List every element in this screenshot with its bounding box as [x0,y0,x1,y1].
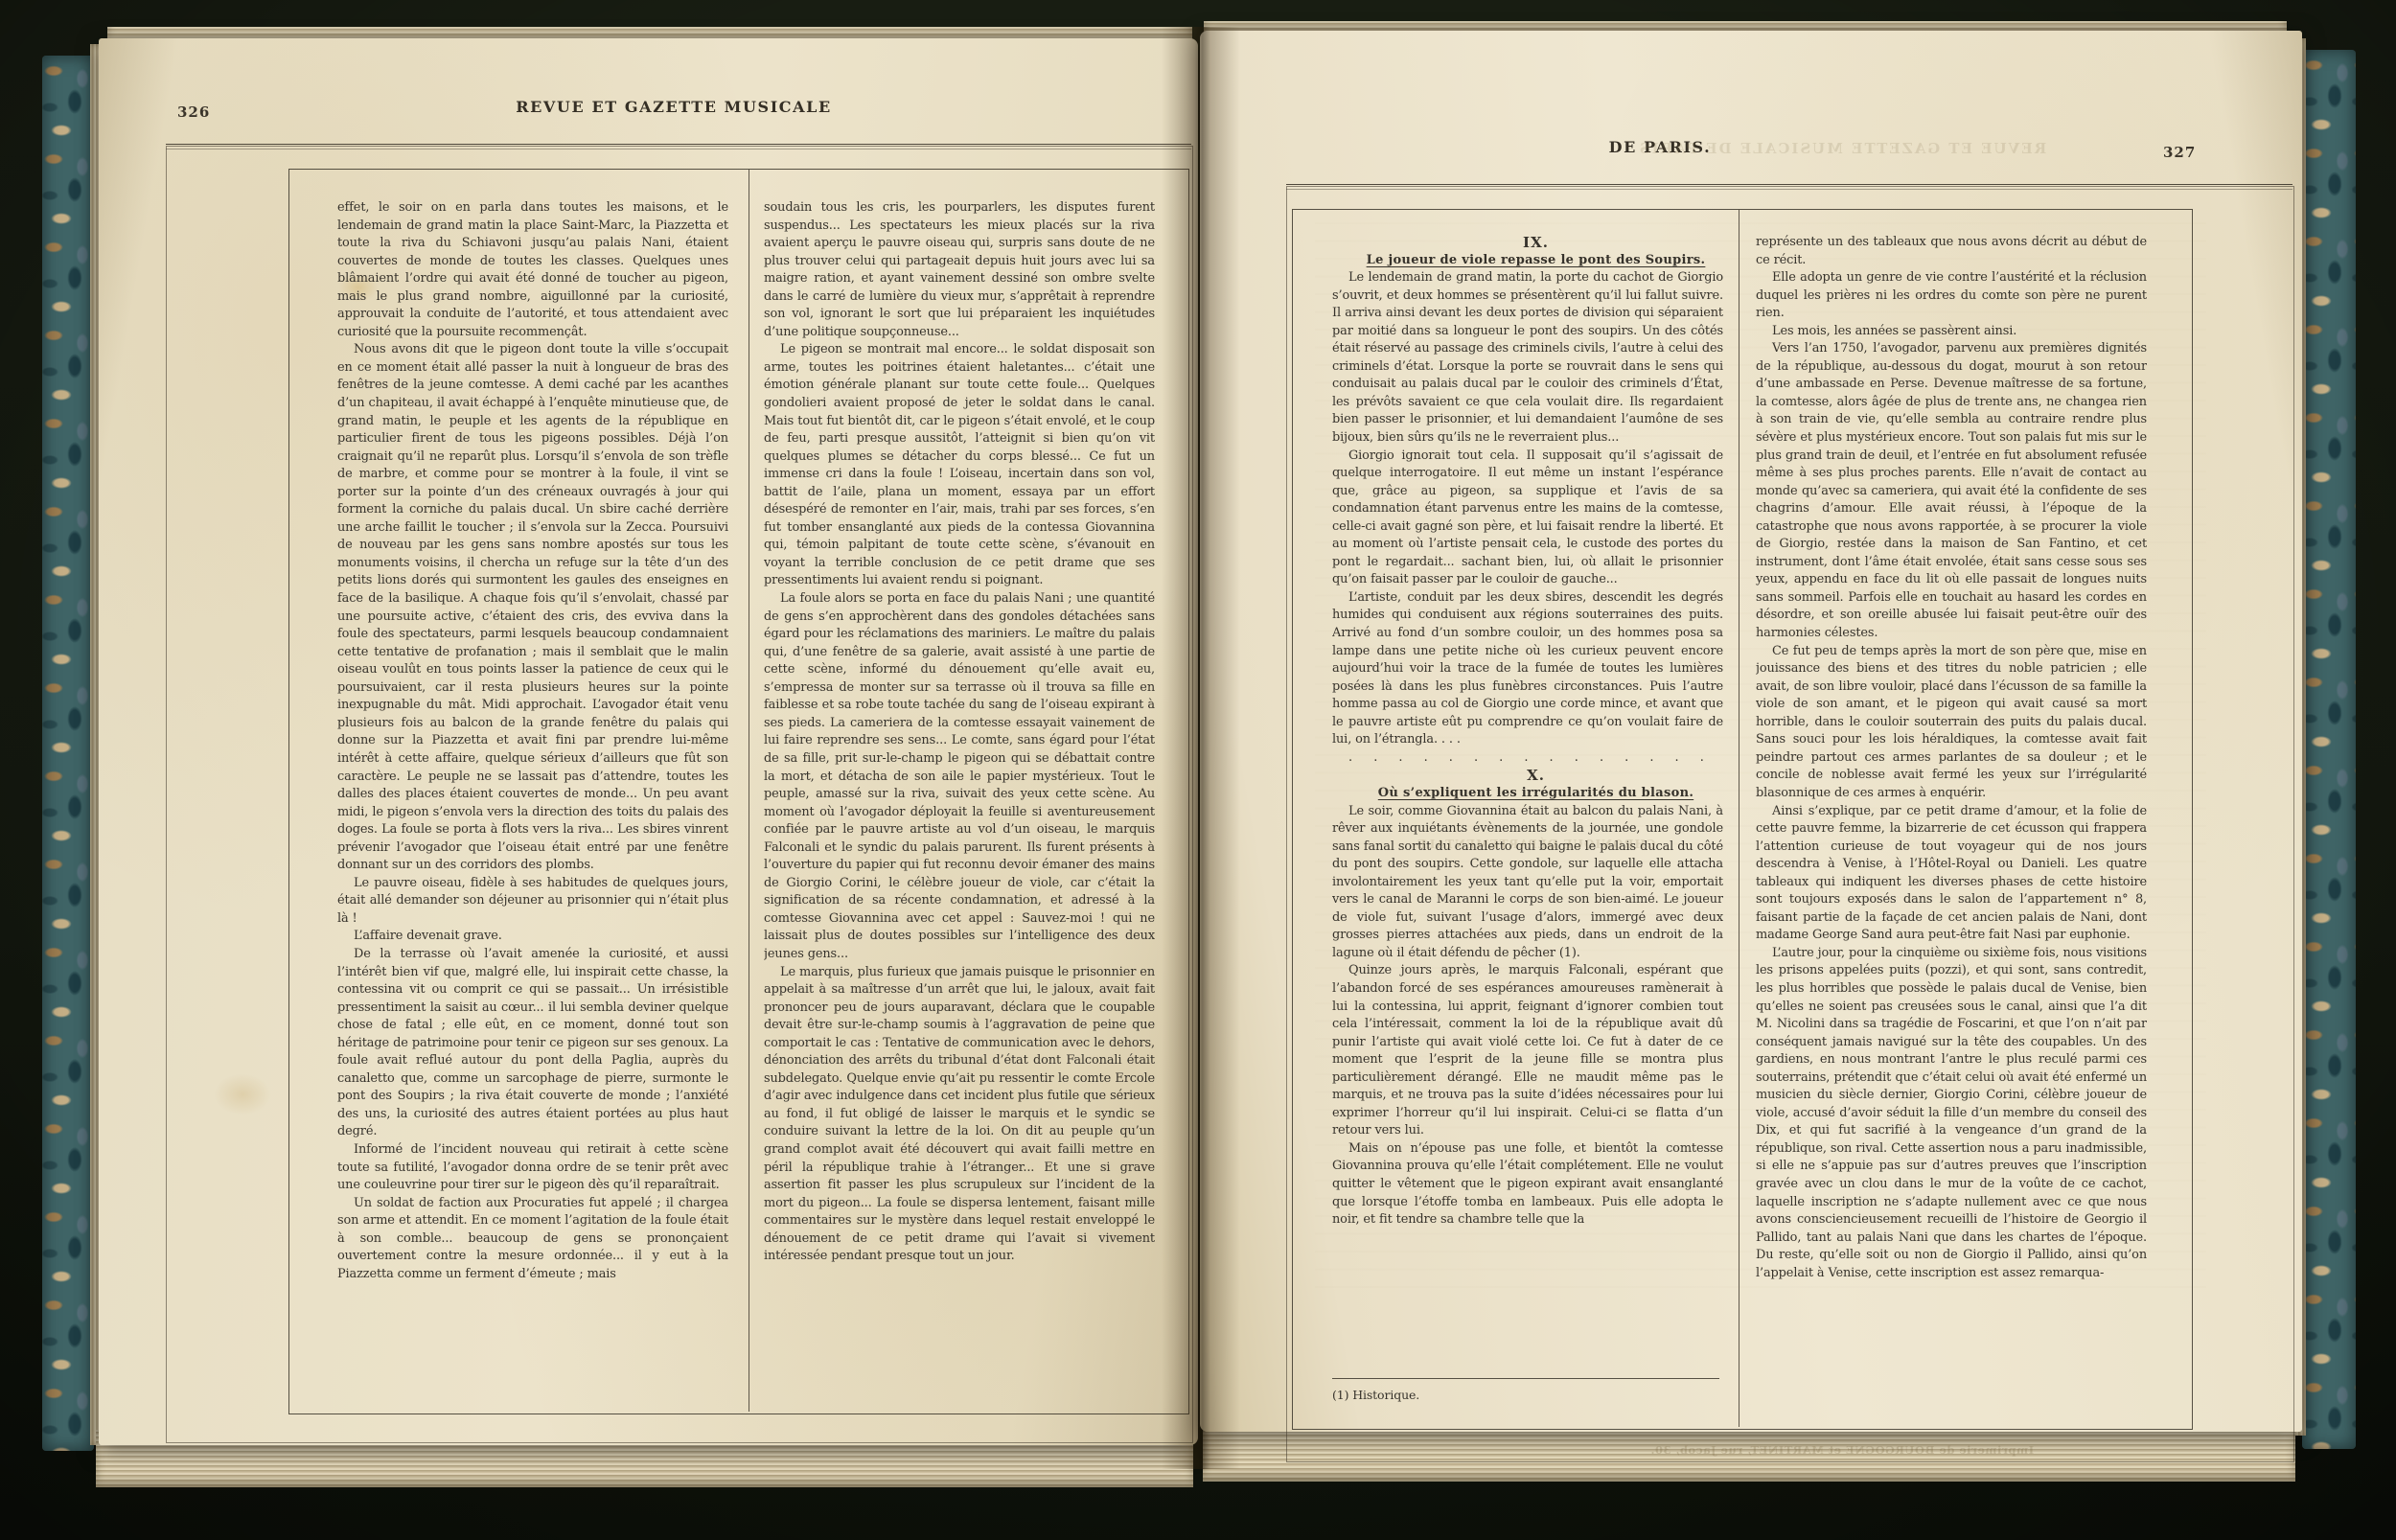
section-number: IX. [1332,234,1723,252]
book-gutter-shadow [1162,27,1240,1469]
paragraph: Un soldat de faction aux Procuraties fut… [337,1195,728,1284]
paragraph: Le pauvre oiseau, fidèle à ses habitudes… [337,875,728,929]
footnote: (1) Historique. [1332,1378,1719,1405]
paragraph: Nous avons dit que le pigeon dont toute … [337,341,728,874]
binding-board-right [2302,50,2356,1449]
paragraph: Giorgio ignorait tout cela. Il supposait… [1332,448,1723,589]
right-running-title: DE PARIS. [1200,138,2120,156]
paragraph: Informé de l’incident nouveau qui retira… [337,1141,728,1195]
paragraph: Quinze jours après, le marquis Falconali… [1332,962,1723,1139]
paragraph: Elle adopta un genre de vie contre l’aus… [1756,269,2147,323]
paragraph: Vers l’an 1750, l’avogador, parvenu aux … [1756,340,2147,642]
left-page-number: 326 [177,103,210,121]
section-number: X. [1332,767,1723,785]
right-page: REVUE ET GAZETTE MUSICALE DE PARIS 327 D… [1200,31,2302,1432]
paragraph: L’affaire devenait grave. [337,928,728,946]
paragraph: Le lendemain de grand matin, la porte du… [1332,269,1723,447]
left-running-title: REVUE ET GAZETTE MUSICALE [214,98,1134,116]
section-title: Le joueur de viole repasse le pont des S… [1332,252,1723,270]
right-column-1: IX. Le joueur de viole repasse le pont d… [1332,234,1723,1418]
paragraph: Le marquis, plus furieux que jamais puis… [764,964,1155,1266]
left-column-divider [749,170,749,1412]
section-title: Où s’expliquent les irrégularités du bla… [1332,785,1723,803]
binding-board-left [42,56,94,1451]
ellipsis-separator: . . . . . . . . . . . . . . . . . . . . [1332,749,1723,768]
paragraph: effet, le soir on en parla dans toutes l… [337,199,728,341]
left-column-1: effet, le soir on en parla dans toutes l… [337,199,728,1403]
left-column-2: soudain tous les cris, les pourparlers, … [764,199,1155,1403]
paragraph: représente un des tableaux que nous avon… [1756,234,2147,269]
paragraph: soudain tous les cris, les pourparlers, … [764,199,1155,341]
left-page: 326 REVUE ET GAZETTE MUSICALE effet, le … [99,38,1198,1445]
paragraph: Ainsi s’explique, par ce petit drame d’a… [1756,803,2147,945]
right-column-2: représente un des tableaux que nous avon… [1756,234,2147,1422]
paragraph: De la terrasse où l’avait amenée la curi… [337,946,728,1141]
paragraph: Mais on n’épouse pas une folle, et bient… [1332,1140,1723,1230]
right-page-number: 327 [2163,144,2196,161]
paragraph: Le soir, comme Giovannina était au balco… [1332,803,1723,963]
paragraph: L’autre jour, pour la cinquième ou sixiè… [1756,945,2147,1282]
book-scan-canvas: 326 REVUE ET GAZETTE MUSICALE effet, le … [0,0,2396,1540]
paragraph: L’artiste, conduit par les deux sbires, … [1332,589,1723,749]
paragraph: Le pigeon se montrait mal encore... le s… [764,341,1155,590]
paragraph: Les mois, les années se passèrent ainsi. [1756,323,2147,341]
paragraph: La foule alors se porta en face du palai… [764,590,1155,963]
paragraph: Ce fut peu de temps après la mort de son… [1756,643,2147,803]
